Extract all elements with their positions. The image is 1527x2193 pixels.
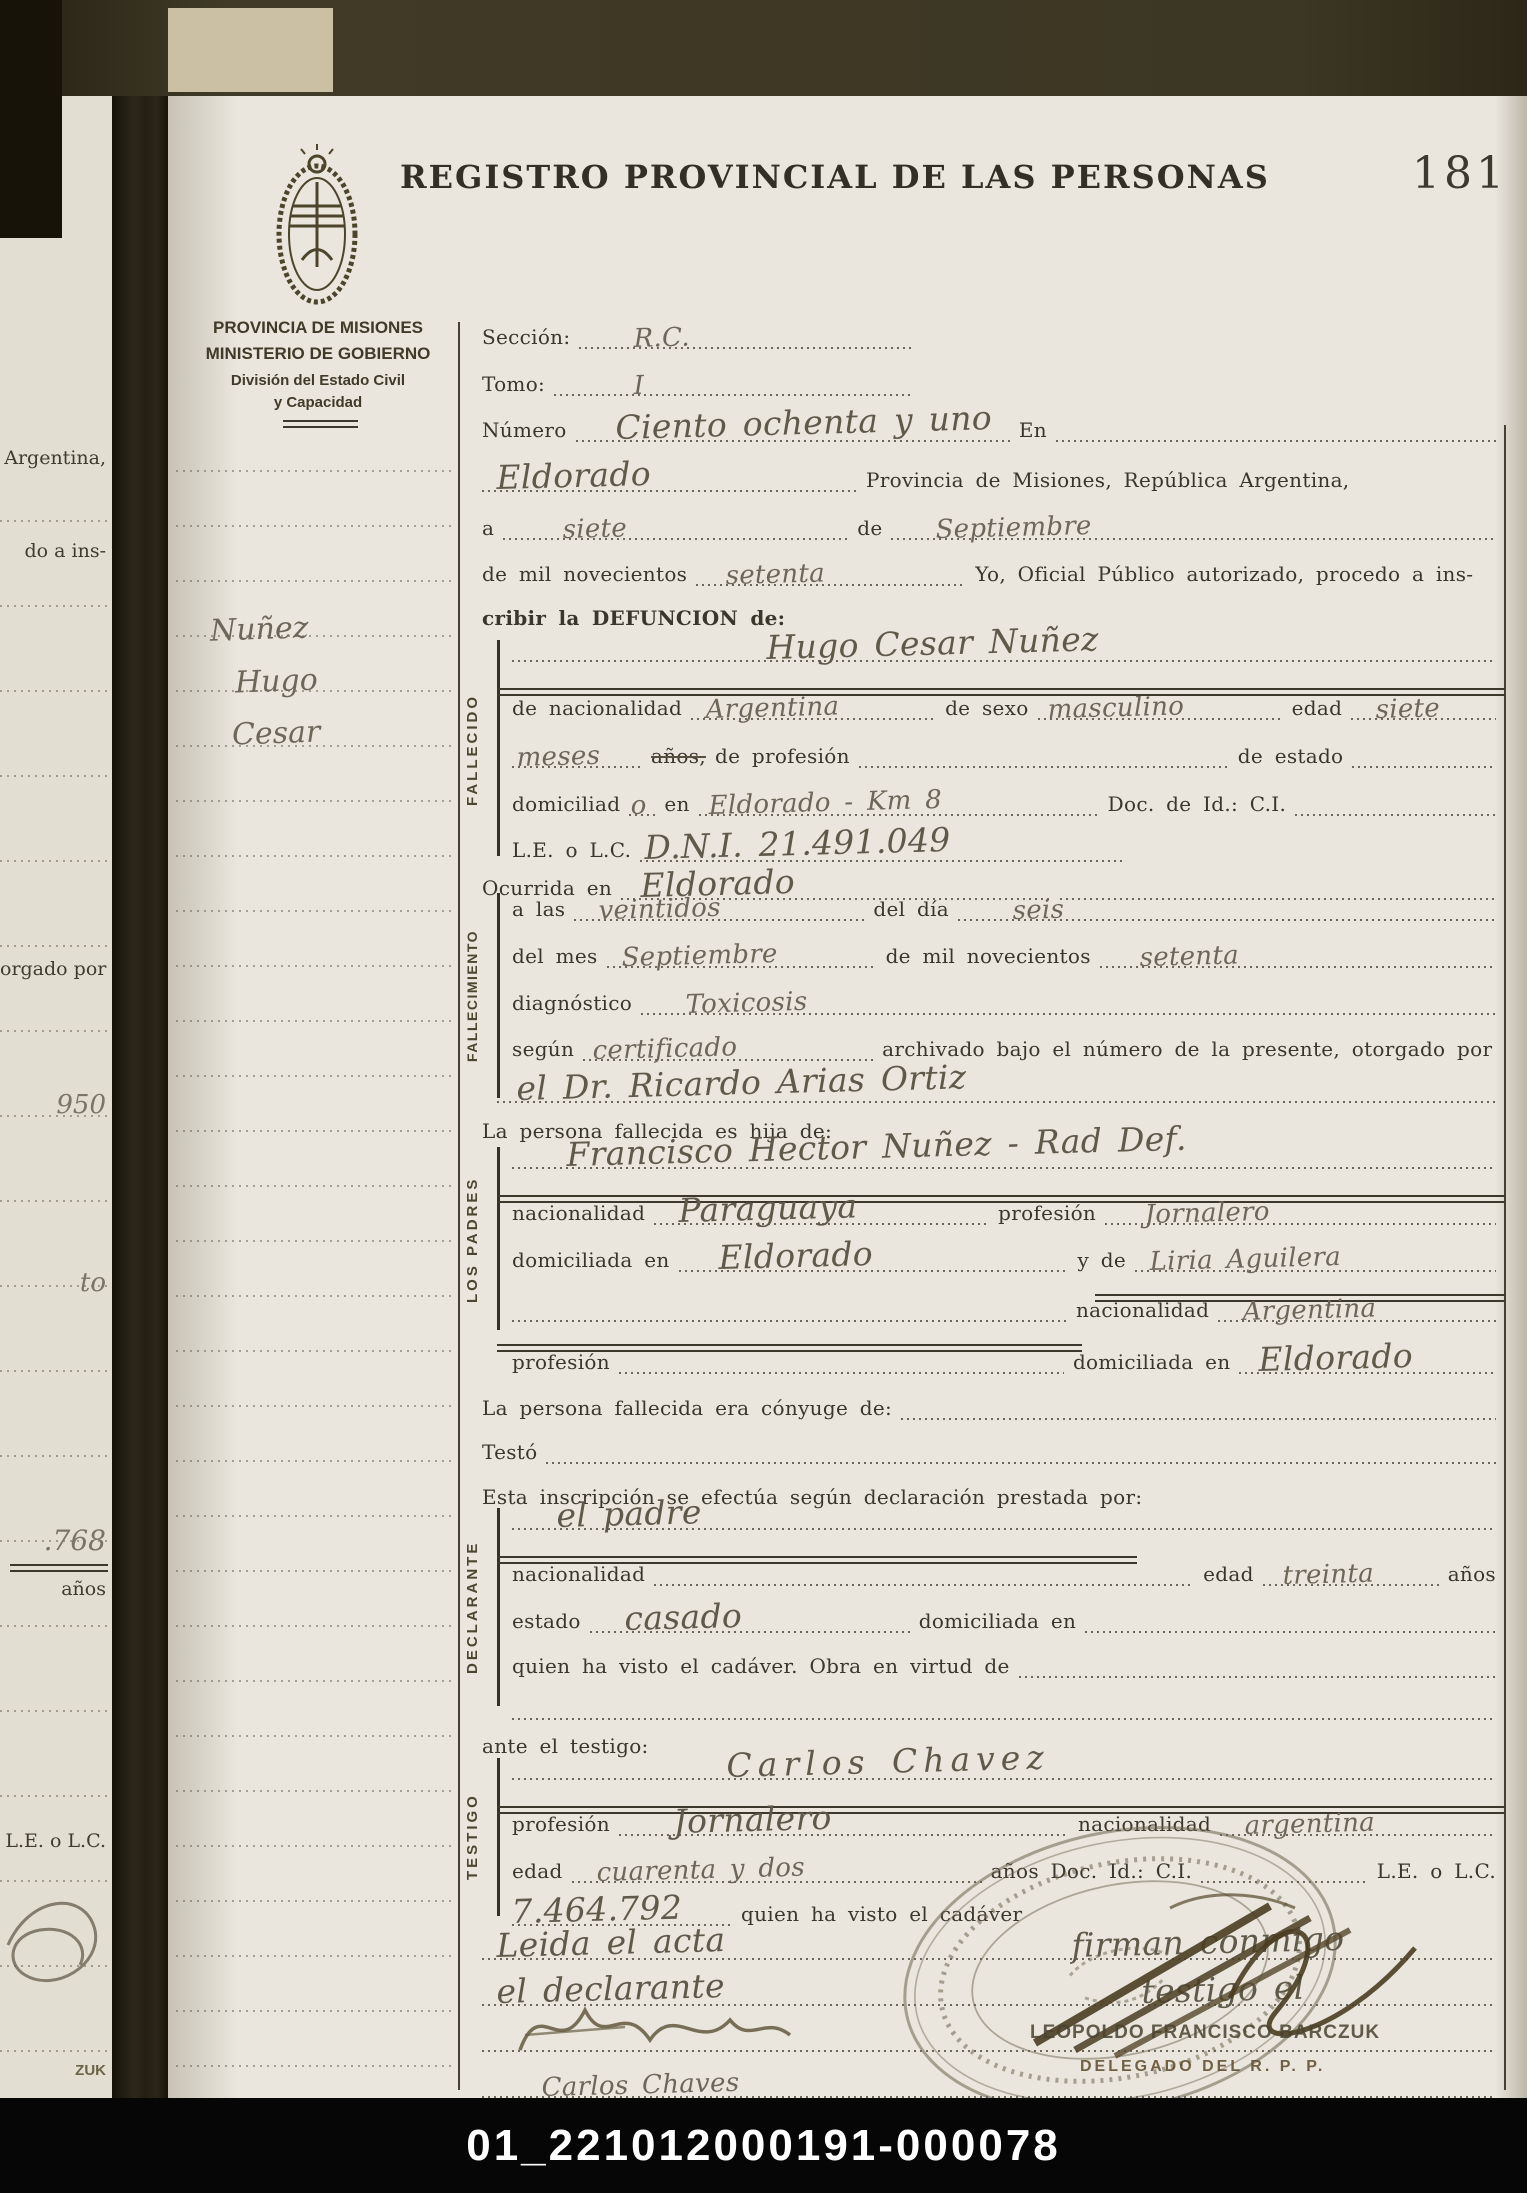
page-number: 181 [1412,148,1508,199]
margin-divider-rule [458,322,460,2090]
testigo-section-label: TESTIGO [464,1772,481,1902]
madre-nac-value: Argentina [1242,1294,1376,1327]
padre-dom-label: domiciliada en [512,1248,670,1272]
prev-fragment: orgado por [0,958,106,980]
padres-section-rule [497,1147,500,1330]
fallecido-sexo-label: de sexo [945,696,1029,720]
fallecido-le-label: L.E. o L.C. [512,838,631,862]
prev-page-signature-scribble [0,1875,110,2005]
novecientos-label: de mil novecientos [482,562,687,586]
diag-label: diagnóstico [512,991,632,1015]
madre-prof-label: profesión [512,1350,610,1374]
fallecido-name: Hugo Cesar Nuñez [766,619,1099,667]
madre-name-field: Liria Aguilera [1135,1250,1496,1272]
fallecido-profesion-row: meses años, de profesión de estado [512,744,1505,768]
declarante-edad-field: treinta [1263,1564,1439,1586]
diagnostico-row: diagnóstico Toxicosis [512,991,1505,1015]
fallecido-dom-label: domiciliad [512,792,620,816]
en-field [1056,420,1496,442]
prev-fragment-stamp: ZUK [0,2062,106,2079]
padre-nac-value: Paraguaya [678,1186,858,1230]
lugar-row: Eldorado Provincia de Misiones, Repúblic… [482,468,1505,492]
declarante-virtud-field [1019,1656,1496,1678]
ante-row: ante el testigo: [482,1734,658,1758]
testigo-prof-label: profesión [512,1812,610,1836]
dia-value: siete [562,513,627,545]
page-top-fragment [168,8,333,92]
alas-label: a las [512,897,565,921]
tomo-label: Tomo: [482,372,545,396]
declarante-cadaver-text: quien ha visto el cadáver. Obra en virtu… [512,1654,1010,1678]
margin-index-middlename: Cesar [231,714,321,752]
fallecido-le-value: D.N.I. 21.491.049 [644,820,951,867]
prev-fragment-handwriting: 950 [0,1090,106,1120]
madre-nac-field: Argentina [1218,1300,1496,1322]
declarante-name-field: el padre [512,1508,1496,1530]
madre-dom-field: Eldorado [1239,1352,1496,1374]
fallecido-estado-label: de estado [1238,744,1344,768]
declarante-dom-label: domiciliada en [919,1609,1077,1633]
padre-nac-label: nacionalidad [512,1201,645,1225]
fallecido-domicilio-value: Eldorado - Km 8 [708,785,942,821]
fallecido-nac-value: Argentina [705,692,839,725]
madre-nac-label: nacionalidad [1076,1298,1209,1322]
en-label: En [1019,418,1047,442]
fallecido-dom-o: o [631,791,648,821]
fallecido-meses-field: meses [512,746,642,768]
fallecido-meses-value: meses [516,741,600,773]
fallecido-anos-label: años, [651,744,706,768]
padres-section-label: LOS PADRES [464,1157,481,1322]
mes-value: Septiembre [936,511,1093,545]
declarante-anos-label: años [1448,1562,1496,1586]
anio-falle-field: setenta [1100,946,1496,968]
fallecido-edad-label: edad [1292,696,1343,720]
nov-falle-label: de mil novecientos [886,944,1091,968]
fallecido-edad-value: siete [1375,693,1440,725]
fallecido-doc-field [1295,794,1496,816]
lugar-field: Eldorado [482,470,857,492]
declarante-blank-row [512,1698,1505,1720]
declarante-section-label: DECLARANTE [464,1518,481,1696]
fallecido-name-rule [497,688,1505,696]
medico-field: el Dr. Ricardo Arias Ortiz [497,1081,1496,1103]
fallecido-section-rule [497,640,500,856]
padre-name-row: Francisco Hector Nuñez - Rad Def. [512,1147,1505,1169]
fallecido-nacionalidad-row: de nacionalidad Argentina de sexo mascul… [512,696,1505,720]
padre-nac-row: nacionalidad Paraguaya profesión Jornale… [512,1201,1505,1225]
madre-prof-row: profesión domiciliada en Eldorado [512,1350,1505,1374]
letterhead-line1: PROVINCIA DE MISIONES [178,318,458,338]
conyuge-field [901,1398,1496,1420]
prev-fragment-rule [10,1564,108,1572]
fallecido-name-field: Hugo Cesar Nuñez [512,640,1496,662]
mes-falle-field: Septiembre [607,946,877,968]
segun-field: certificado [583,1039,873,1061]
letterhead-line2: MINISTERIO DE GOBIERNO [178,344,458,364]
prev-fragment: L.E. o L.C. [0,1830,106,1852]
oficial-text: Yo, Oficial Público autorizado, procedo … [975,562,1473,586]
madre-name: Liria Aguilera [1149,1242,1341,1277]
diag-field: Toxicosis [641,993,1496,1015]
medico-row: el Dr. Ricardo Arias Ortiz [497,1081,1505,1103]
segun-row: según certificado archivado bajo el núme… [512,1037,1505,1061]
anio-value: setenta [725,558,825,591]
anio-falle-value: setenta [1139,940,1239,973]
padre-dom-row: domiciliada en Eldorado y de Liria Aguil… [512,1248,1505,1272]
provincia-label: Provincia de Misiones, República Argenti… [866,468,1349,492]
dia-falle-field: seis [958,899,1496,921]
a-label: a [482,516,494,540]
testigo-name: Carlos Chavez [726,1738,1050,1785]
fallecido-domicilio-row: domiciliad o en Eldorado - Km 8 Doc. de … [512,792,1505,816]
testigo-name-field: Carlos Chavez [512,1758,1496,1780]
declarante-dom-field [1085,1611,1496,1633]
anio-field: setenta [696,564,966,586]
testigo-edad-value: cuarenta y dos [596,1853,805,1888]
fallecimiento-section-rule [497,893,500,1098]
scan-footer-code: 01_221012000191-000078 [466,2121,1061,2171]
declarante-estado-label: estado [512,1609,581,1633]
hora-field: veintidos [574,899,864,921]
deldia-label: del día [873,897,949,921]
mes-falle-row: del mes Septiembre de mil novecientos se… [512,944,1505,968]
fallecido-domicilio-field: Eldorado - Km 8 [699,794,1099,816]
declarante-estado-value: casado [624,1596,743,1638]
prev-fragment: do a ins- [0,540,106,562]
testigo-prof-value: Jornalero [673,1798,832,1841]
dia-field: siete [503,518,848,540]
testo-label: Testó [482,1440,537,1464]
diag-value: Toxicosis [685,987,808,1020]
fallecido-edad-field: siete [1351,698,1496,720]
conyuge-row: La persona fallecida era cónyuge de: [482,1396,1505,1420]
coat-of-arms-icon [272,142,362,312]
document-title: REGISTRO PROVINCIAL DE LAS PERSONAS [400,158,1400,196]
prev-fragment: años [0,1578,106,1600]
dia-row: a siete de Septiembre [482,516,1505,540]
fallecido-sexo-value: masculino [1047,691,1184,725]
declarante-cadaver-row: quien ha visto el cadáver. Obra en virtu… [512,1654,1505,1678]
prev-fragment-handwriting: .768 [0,1524,106,1557]
padre-dom-field: Eldorado [679,1250,1069,1272]
yde-label: y de [1078,1248,1127,1272]
padre-name-field: Francisco Hector Nuñez - Rad Def. [512,1147,1496,1169]
declarante-edad-value: treinta [1282,1559,1374,1591]
stamp-official-role: DELEGADO DEL R. P. P. [1080,2058,1460,2076]
dia-falle-value: seis [1012,895,1064,926]
madre-dom-value: Eldorado [1258,1336,1413,1379]
fallecido-estado-field [1352,746,1496,768]
seccion-row: Sección: R.C. [482,325,922,349]
tomo-value: I [633,371,644,401]
padre-prof-label: profesión [998,1201,1096,1225]
testigo-edad-label: edad [512,1859,563,1883]
fallecido-section-label: FALLECIDO [464,660,481,840]
padre-prof-field: Jornalero [1105,1203,1496,1225]
declarante-nac-label: nacionalidad [512,1562,645,1586]
conyuge-text: La persona fallecida era cónyuge de: [482,1396,892,1420]
declarante-estado-field: casado [590,1611,910,1633]
margin-index-surname: Nuñez [209,610,309,648]
madre-name-cont-field [512,1300,1067,1322]
declarante-nac-field [654,1564,1194,1586]
margin-index-firstname: Hugo [234,663,318,701]
scanned-death-certificate: Argentina, do a ins- orgado por 950 to .… [0,0,1527,2193]
testo-field [546,1442,1496,1464]
declarante-section-rule [497,1508,500,1706]
fallecido-le-field: D.N.I. 21.491.049 [640,840,1123,862]
fallecido-en-label: en [664,792,689,816]
hora-value: veintidos [599,893,722,926]
book-binding-gutter [112,96,168,2100]
scan-footer-bar: 01_221012000191-000078 [0,2098,1527,2193]
declarante-name-row: el padre [512,1508,1505,1530]
defuncion-text: cribir la DEFUNCION de: [482,606,785,630]
numero-field: Ciento ochenta y uno [576,420,1010,442]
fallecido-name-row: Hugo Cesar Nuñez [512,640,1505,662]
book-cover-corner [0,0,62,238]
testigo-name-row: Carlos Chavez [512,1758,1505,1780]
seccion-label: Sección: [482,325,570,349]
anio-row: de mil novecientos setenta Yo, Oficial P… [482,562,1505,586]
numero-label: Número [482,418,567,442]
seccion-field: R.C. [579,327,913,349]
ante-text: ante el testigo: [482,1734,649,1758]
declarante-nac-row: nacionalidad edad treinta años [512,1562,1505,1586]
padre-prof-value: Jornalero [1144,1197,1270,1230]
cierre-linea1a: Leida el acta [496,1920,726,1965]
prev-fragment-handwriting: to [0,1268,106,1298]
madre-dom-label: domiciliada en [1073,1350,1231,1374]
defuncion-row: cribir la DEFUNCION de: [482,606,794,630]
delmes-label: del mes [512,944,598,968]
hora-row: a las veintidos del día seis [512,897,1505,921]
letterhead-line3: División del Estado Civil [178,372,458,389]
testo-row: Testó [482,1440,1505,1464]
tomo-field: I [554,374,913,396]
segun-value: certificado [592,1032,737,1066]
mes-falle-value: Septiembre [621,939,778,973]
declarante-signature-scribble [505,1985,805,2075]
fallecido-nac-label: de nacionalidad [512,696,682,720]
archivado-text: archivado bajo el número de la presente,… [882,1037,1492,1061]
stamp-official-name: LEOPOLDO FRANCISCO BARCZUK [1030,2022,1470,2044]
fallecido-sexo-field: masculino [1038,698,1283,720]
madre-nac-row: nacionalidad Argentina [512,1298,1505,1322]
tomo-row: Tomo: I [482,372,922,396]
fallecido-prof-label: de profesión [715,744,850,768]
padre-dom-value: Eldorado [718,1234,873,1277]
seccion-value: R.C. [634,323,691,354]
letterhead-underline [283,420,358,428]
numero-row: Número Ciento ochenta y uno En [482,418,1505,442]
fallecido-dom-o-field: o [629,794,655,816]
fallecido-le-row: L.E. o L.C. D.N.I. 21.491.049 [512,838,1132,862]
fallecido-doc-label: Doc. de Id.: C.I. [1108,792,1286,816]
de-label: de [857,516,882,540]
fallecimiento-section-label: FALLECIMIENTO [464,900,480,1092]
declarante-blank-field [512,1698,1496,1720]
testigo-section-rule [497,1758,500,1916]
fallecido-prof-field [859,746,1229,768]
declarante-edad-label: edad [1203,1562,1254,1586]
letterhead-line4: y Capacidad [178,394,458,411]
prev-fragment: Argentina, [0,447,106,469]
declarante-name: el padre [556,1492,702,1535]
madre-prof-field [619,1352,1064,1374]
lugar-value: Eldorado [496,454,651,497]
padre-nac-field: Paraguaya [654,1203,989,1225]
declarante-estado-row: estado casado domiciliada en [512,1609,1505,1633]
segun-label: según [512,1037,574,1061]
fallecido-nac-field: Argentina [691,698,936,720]
mes-field: Septiembre [891,518,1496,540]
